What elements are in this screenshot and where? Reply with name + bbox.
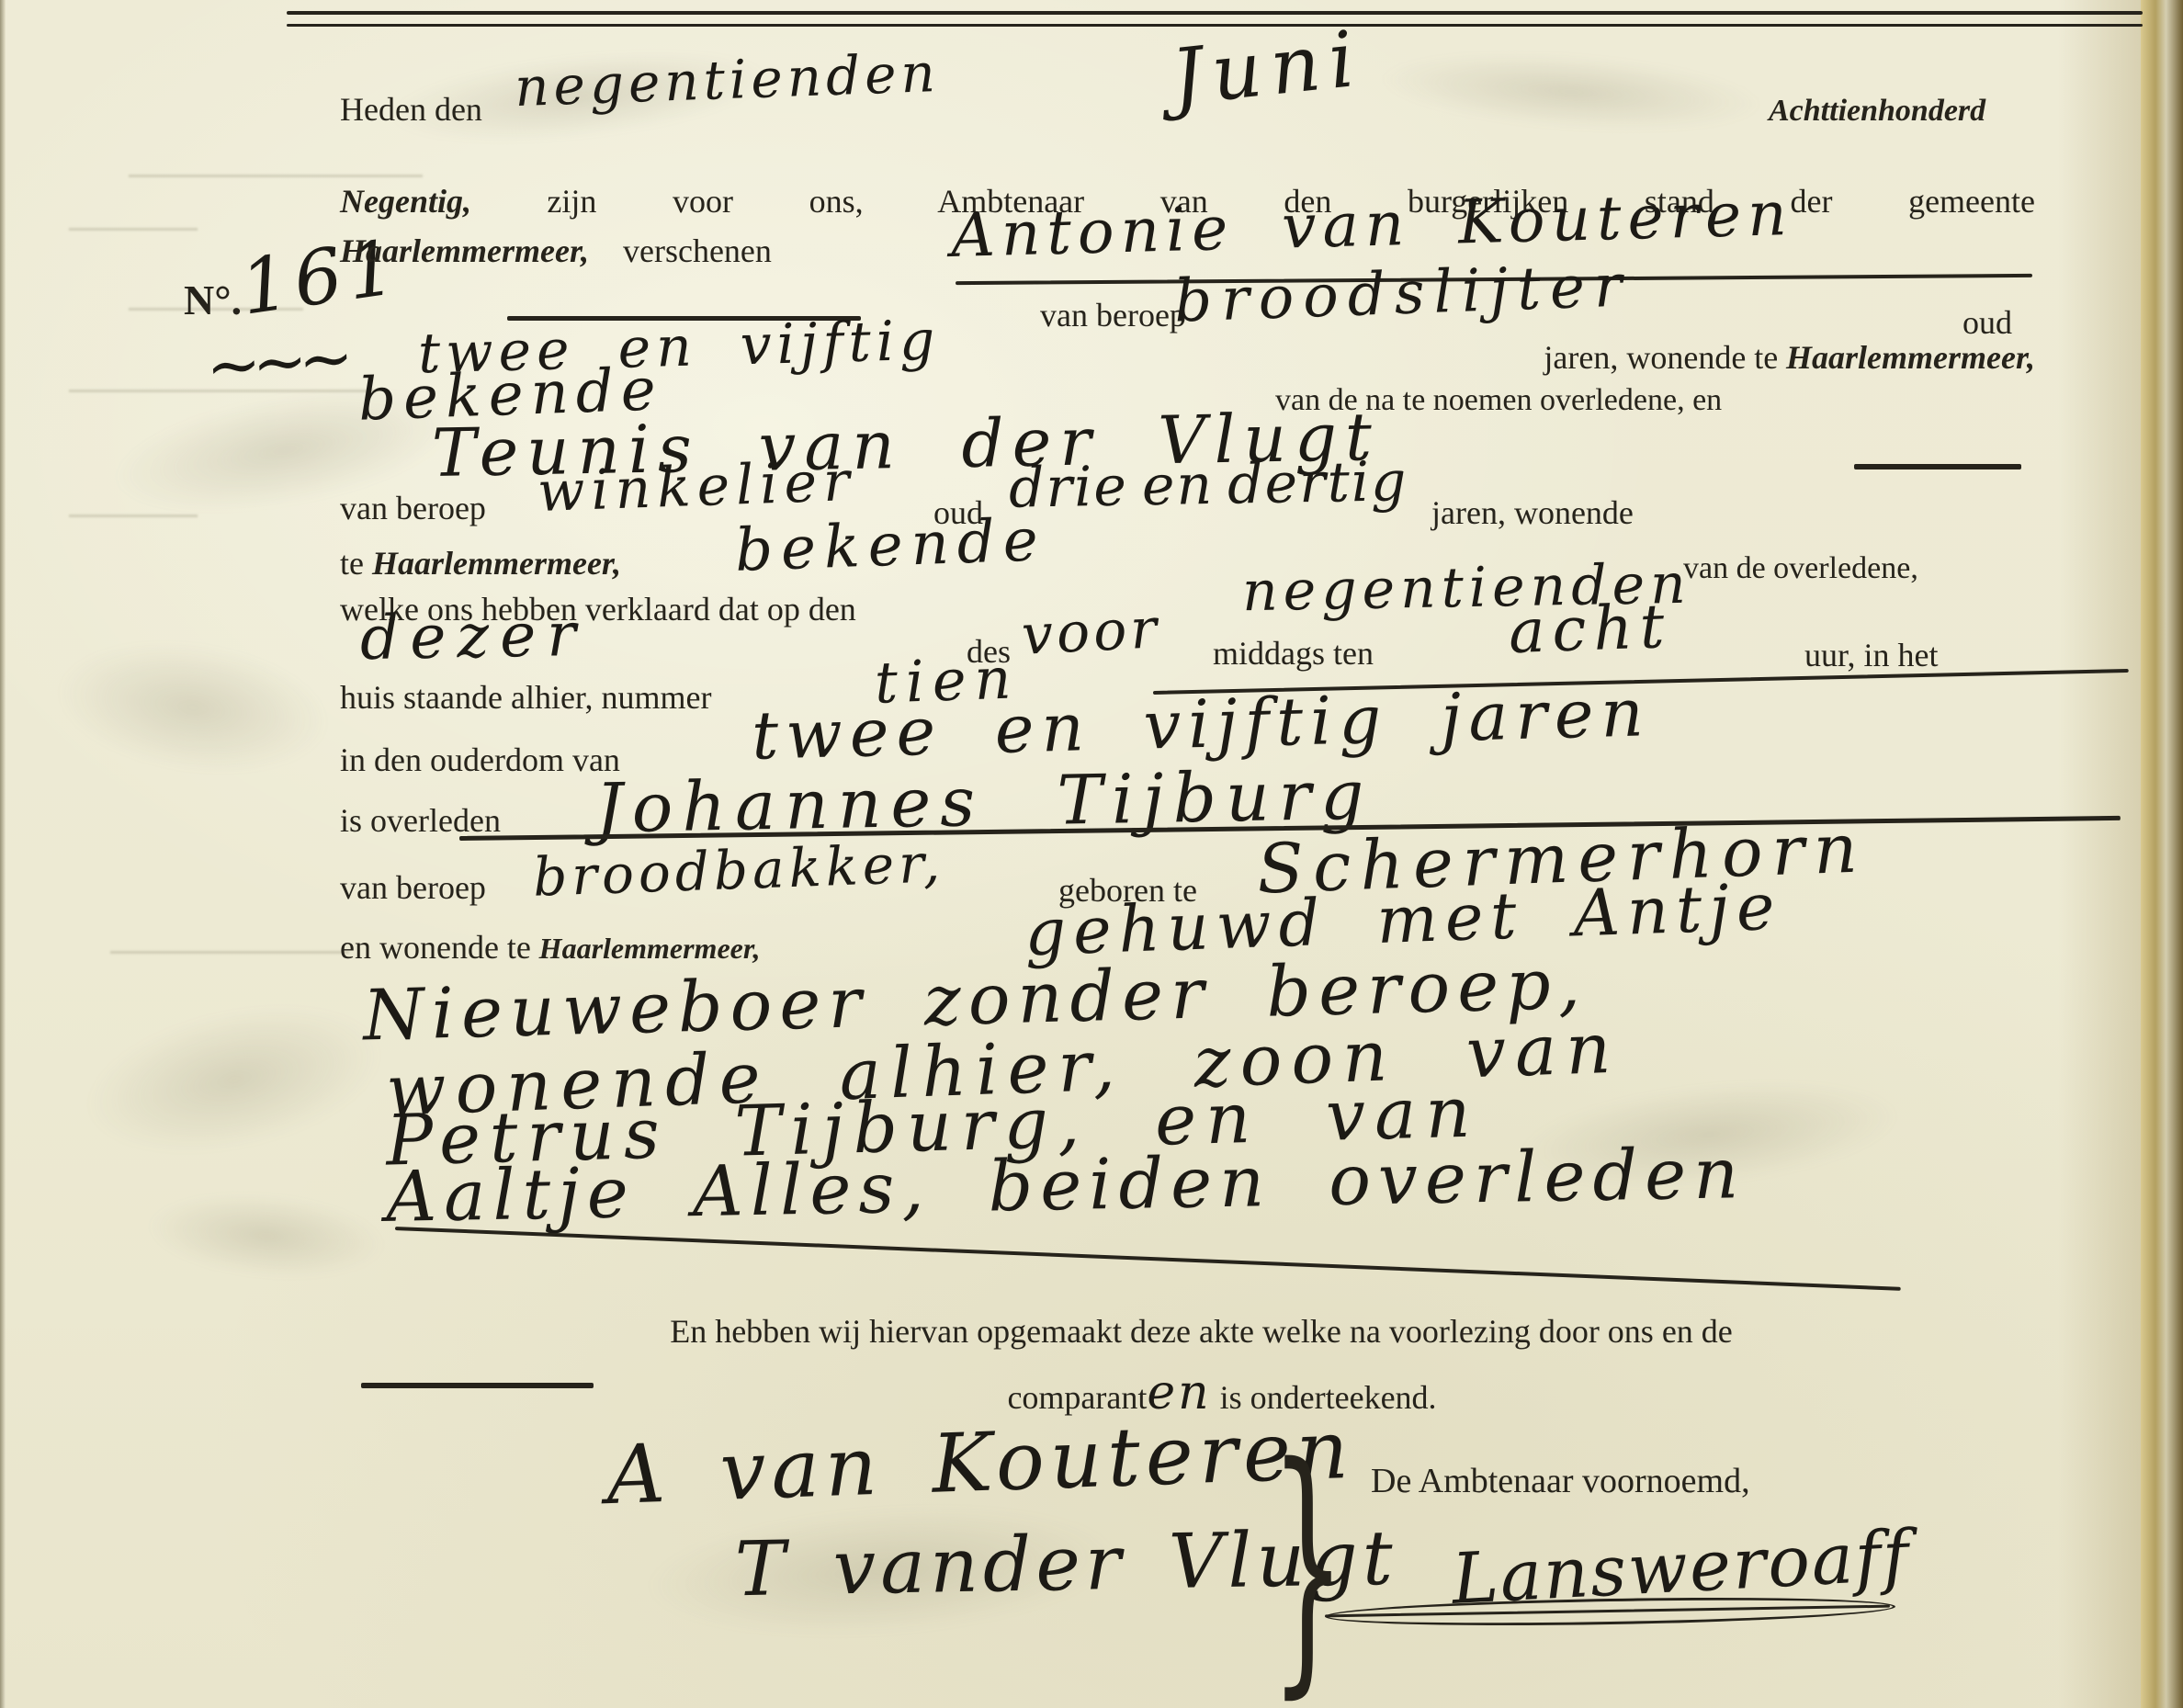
entry-death-month: dezer — [359, 605, 587, 669]
form-achttienhonderd: Achttienhonderd — [1769, 94, 1985, 129]
form-relation-2: van de overledene, — [1683, 551, 1918, 586]
form-ouderdom: in den ouderdom van — [340, 741, 620, 779]
form-gemeente-name: Haarlemmermeer, — [340, 232, 589, 270]
form-van-beroep-1: van beroep — [1040, 296, 1186, 334]
form-gemeente-2: Haarlemmermeer, — [1786, 339, 2035, 376]
entry-deceased-occupation: broodbakker, — [532, 836, 945, 904]
form-uur-in-het: uur, in het — [1804, 636, 1939, 674]
ink-bleedthrough — [72, 980, 397, 1178]
form-te-gemeente: te Haarlemmermeer, — [340, 544, 621, 583]
ink-bleedthrough — [1376, 41, 1767, 141]
binding-shadow — [2058, 0, 2141, 1708]
fill-squiggle: ~~~ — [204, 324, 347, 400]
entry-declarant2-relation: bekende — [734, 511, 1047, 581]
form-oud-1: oud — [1962, 303, 2012, 342]
record-number-label: N°. — [184, 276, 242, 324]
entry-mother-line: Aaltje Alles, beiden overleden — [385, 1138, 1746, 1232]
witness1-signature: A van Kouteren — [605, 1409, 1355, 1516]
bleedthrough-line — [129, 175, 423, 177]
form-middags-ten: middags ten — [1213, 634, 1374, 673]
form-gemeente-4: Haarlemmermeer, — [539, 932, 761, 965]
form-te: te — [340, 545, 364, 582]
top-rule-1 — [287, 11, 2143, 15]
entry-death-hour: acht — [1508, 596, 1673, 662]
form-is-overleden: is overleden — [340, 801, 501, 840]
official-title: De Ambtenaar voornoemd, — [1371, 1461, 1750, 1501]
closing-text-1: En hebben wij hiervan opgemaakt deze akt… — [670, 1313, 1733, 1350]
bleedthrough-line — [69, 228, 198, 231]
top-rule-2 — [287, 24, 2143, 27]
entry-declarant1-occupation: broodslijter — [1173, 256, 1632, 331]
form-heden-den: Heden den — [340, 90, 482, 129]
form-jaren-wonende-text: jaren, wonende te — [1544, 339, 1778, 376]
bleedthrough-line — [69, 515, 198, 517]
entry-declarant2-age: drie en dertig — [1009, 454, 1408, 516]
form-en-wonende-te: en wonende te — [340, 929, 531, 966]
ink-bleedthrough — [144, 1184, 390, 1287]
form-huis-nummer: huis staande alhier, nummer — [340, 678, 711, 717]
form-gemeente-3: Haarlemmermeer, — [372, 545, 621, 582]
fill-dash-declarant2 — [1854, 464, 2021, 469]
fill-rule-closing — [361, 1383, 594, 1388]
form-jaren-wonende-2: jaren, wonende — [1431, 493, 1634, 532]
form-jaren-wonende-1: jaren, wonende te Haarlemmermeer, — [1169, 338, 2035, 377]
entry-voor-na: voor — [1021, 601, 1162, 663]
form-van-beroep-3: van beroep — [340, 868, 486, 907]
ink-bleedthrough — [48, 625, 339, 790]
closing-line-1: En hebben wij hiervan opgemaakt deze akt… — [510, 1312, 1893, 1351]
death-record-page: N°. 161 Heden den negentienden Juni Acht… — [0, 0, 2183, 1708]
entry-declarant2-occupation: winkelier — [537, 454, 857, 520]
closing-diagonal-stroke — [395, 1227, 1901, 1291]
form-year-negentig: Negentig, — [340, 183, 471, 220]
form-van-beroep-2: van beroep — [340, 489, 486, 527]
page-binding-strip — [2141, 0, 2183, 1708]
entry-date-day: negentienden — [514, 46, 941, 114]
page-left-edge — [0, 0, 6, 1708]
form-verschenen: verschenen — [623, 232, 772, 270]
bleedthrough-line — [110, 951, 349, 954]
entry-date-month: Juni — [1168, 19, 1366, 116]
entry-declarant1-name: Antonie van Kouteren — [950, 184, 1793, 266]
signature-brace: } — [1270, 1433, 1346, 1700]
form-wonende-te: en wonende te Haarlemmermeer, — [340, 928, 761, 967]
